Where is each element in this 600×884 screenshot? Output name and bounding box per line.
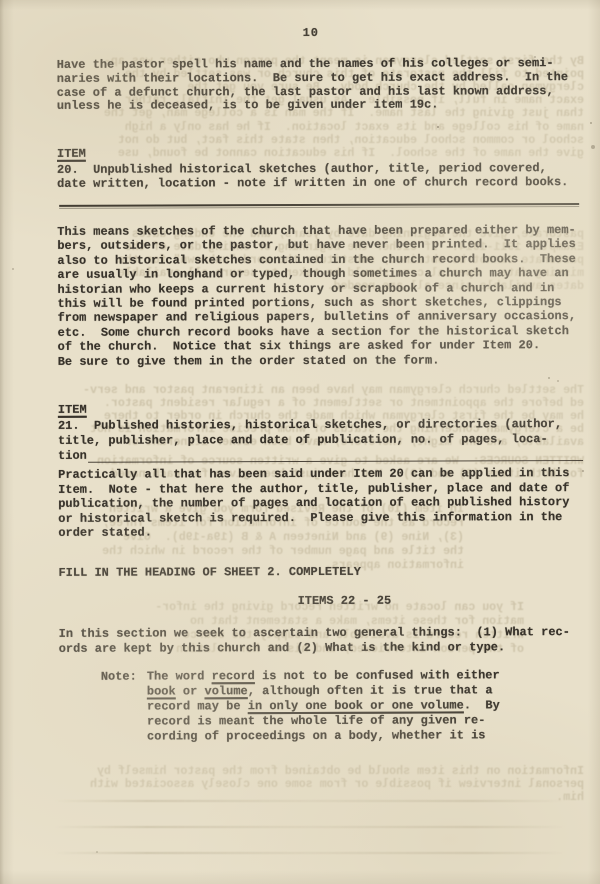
items-22-25-heading: ITEMS 22 - 25 — [298, 594, 392, 609]
paragraph-item21-explanation: Practically all that has been said under… — [58, 466, 570, 540]
note-line: record is meant the whole life of any gi… — [147, 713, 500, 729]
note-line: The word record is not to be confused wi… — [147, 668, 500, 684]
item-20-description: 20. Unpublished historical sketches (aut… — [57, 161, 568, 192]
item-21-description: 21. Published histories, historical sket… — [58, 417, 562, 463]
divider-rule — [59, 203, 579, 209]
note-line: record may be in only one book or one vo… — [147, 698, 500, 714]
page-number: 10 — [303, 26, 319, 40]
paragraph-section-purpose: In this section we seek to ascertain two… — [59, 625, 570, 656]
note-line: cording of proceedings on a body, whethe… — [147, 728, 500, 744]
item-20-heading: ITEM — [57, 147, 86, 162]
scanned-document-page: By the first settled clergyman is meant … — [0, 0, 600, 884]
paper-specks — [0, 0, 2, 2]
note-block: Note: The word record is not to be confu… — [101, 668, 500, 744]
paragraph-item20-explanation: This means sketches of the church that h… — [57, 223, 576, 369]
page-content: 10 Have the pastor spell his name and th… — [0, 0, 600, 884]
paragraph-pastor-name: Have the pastor spell his name and the n… — [57, 57, 568, 114]
note-label: Note: — [101, 670, 137, 745]
note-body: The word record is not to be confused wi… — [147, 668, 500, 744]
sheet2-instruction: FILL IN THE HEADING OF SHEET 2. COMPLETE… — [58, 565, 361, 580]
note-line: book or volume, although often it is tru… — [147, 683, 500, 699]
item-21-heading: ITEM — [58, 403, 87, 418]
